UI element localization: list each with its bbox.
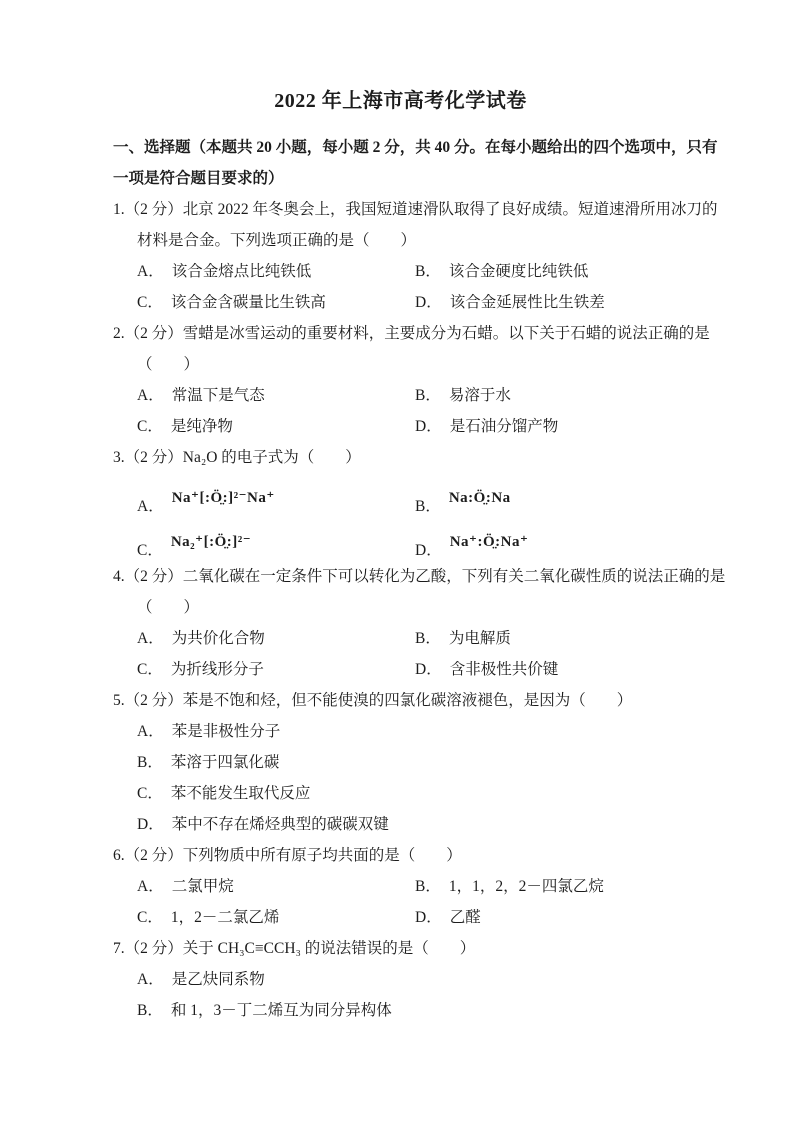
question-6-option-d: D．乙醛: [415, 902, 688, 933]
question-2-option-d: D．是石油分馏产物: [415, 411, 688, 442]
question-3-option-c-formula: Na₂⁺[:Ö̤:]²⁻: [171, 532, 251, 552]
question-4-option-a: A．为共价化合物: [137, 623, 415, 654]
question-7-option-b-letter: B．: [137, 1002, 171, 1019]
question-1-option-a: A．该合金熔点比纯铁低: [137, 256, 415, 287]
question-6-stem-line-1: 6.（2 分）下列物质中所有原子均共面的是（ ）: [113, 840, 688, 871]
question-6-option-b-text: 1，1，2，2－四氯乙烷: [449, 878, 604, 895]
question-7-stem-line-1: 7.（2 分）关于 CH₃C≡CCH₃ 的说法错误的是（ ）: [113, 933, 688, 964]
question-5-option-a: A．苯是非极性分子: [137, 716, 688, 747]
question-2-option-c-letter: C．: [137, 418, 171, 435]
question-5: 5.（2 分）苯是不饱和烃，但不能使溴的四氯化碳溶液褪色，是因为（ ） A．苯是…: [113, 685, 688, 840]
question-5-option-a-letter: A．: [137, 723, 172, 740]
question-2-option-a-letter: A．: [137, 387, 172, 404]
question-2-option-c-text: 是纯净物: [171, 418, 233, 435]
question-5-option-c-text: 苯不能发生取代反应: [171, 785, 311, 802]
section-heading-line-2: 一项是符合题目要求的）: [113, 163, 688, 194]
question-4: 4.（2 分）二氧化碳在一定条件下可以转化为乙酸，下列有关二氧化碳性质的说法正确…: [113, 561, 688, 685]
question-6-option-c-letter: C．: [137, 909, 171, 926]
question-4-option-c-text: 为折线形分子: [171, 661, 264, 678]
question-4-stem-line-1: 4.（2 分）二氧化碳在一定条件下可以转化为乙酸，下列有关二氧化碳性质的说法正确…: [113, 561, 688, 592]
question-6-option-d-letter: D．: [415, 909, 450, 926]
question-5-option-b: B．苯溶于四氯化碳: [137, 747, 688, 778]
question-1-stem-line-2: 材料是合金。下列选项正确的是（ ）: [113, 225, 688, 256]
question-7-option-a-letter: A．: [137, 971, 172, 988]
section-heading-line-1: 一、选择题（本题共 20 小题，每小题 2 分，共 40 分。在每小题给出的四个…: [113, 132, 688, 163]
question-3-option-b-letter: B．: [415, 497, 449, 517]
question-7-option-b: B．和 1，3－丁二烯互为同分异构体: [137, 995, 688, 1026]
question-1-option-d-letter: D．: [415, 294, 450, 311]
question-1-options: A．该合金熔点比纯铁低 B．该合金硬度比纯铁低 C．该合金含碳量比生铁高 D．该…: [137, 256, 688, 318]
question-2-option-d-letter: D．: [415, 418, 450, 435]
question-2-option-c: C．是纯净物: [137, 411, 415, 442]
question-4-option-b-letter: B．: [415, 630, 449, 647]
question-3-option-b-formula: Na:Ö̤:Na: [449, 488, 511, 508]
question-4-option-c: C．为折线形分子: [137, 654, 415, 685]
question-6-option-a-letter: A．: [137, 878, 172, 895]
question-3-option-a: A．Na⁺[:Ö̤:]²⁻Na⁺: [137, 473, 415, 517]
question-4-option-d-letter: D．: [415, 661, 450, 678]
question-5-stem-line-1: 5.（2 分）苯是不饱和烃，但不能使溴的四氯化碳溶液褪色，是因为（ ）: [113, 685, 688, 716]
question-5-option-b-text: 苯溶于四氯化碳: [171, 754, 280, 771]
question-2: 2.（2 分）雪蜡是冰雪运动的重要材料，主要成分为石蜡。以下关于石蜡的说法正确的…: [113, 318, 688, 442]
question-1-option-d-text: 该合金延展性比生铁差: [450, 294, 605, 311]
question-7-option-a: A．是乙炔同系物: [137, 964, 688, 995]
question-6: 6.（2 分）下列物质中所有原子均共面的是（ ） A．二氯甲烷 B．1，1，2，…: [113, 840, 688, 933]
question-3: 3.（2 分）Na₂O 的电子式为（ ） A．Na⁺[:Ö̤:]²⁻Na⁺ B…: [113, 442, 688, 561]
question-2-option-a: A．常温下是气态: [137, 380, 415, 411]
question-2-option-b-letter: B．: [415, 387, 449, 404]
question-6-option-a-text: 二氯甲烷: [172, 878, 234, 895]
question-4-option-a-text: 为共价化合物: [172, 630, 265, 647]
question-2-option-b-text: 易溶于水: [449, 387, 511, 404]
question-6-option-b: B．1，1，2，2－四氯乙烷: [415, 871, 688, 902]
exam-paper-page: 2022 年上海市高考化学试卷 一、选择题（本题共 20 小题，每小题 2 分，…: [0, 0, 793, 1122]
section-heading: 一、选择题（本题共 20 小题，每小题 2 分，共 40 分。在每小题给出的四个…: [113, 132, 688, 194]
question-4-option-b-text: 为电解质: [449, 630, 511, 647]
question-6-options: A．二氯甲烷 B．1，1，2，2－四氯乙烷 C．1，2－二氯乙烯 D．乙醛: [137, 871, 688, 933]
question-5-option-c-letter: C．: [137, 785, 171, 802]
question-7-option-b-text: 和 1，3－丁二烯互为同分异构体: [171, 1002, 392, 1019]
question-7-option-a-text: 是乙炔同系物: [172, 971, 265, 988]
question-5-options: A．苯是非极性分子 B．苯溶于四氯化碳 C．苯不能发生取代反应 D．苯中不存在烯…: [137, 716, 688, 840]
question-2-stem-line-1: 2.（2 分）雪蜡是冰雪运动的重要材料，主要成分为石蜡。以下关于石蜡的说法正确的…: [113, 318, 688, 349]
question-6-option-a: A．二氯甲烷: [137, 871, 415, 902]
question-1-stem-line-1: 1.（2 分）北京 2022 年冬奥会上，我国短道速滑队取得了良好成绩。短道速滑…: [113, 194, 688, 225]
question-1-option-c-letter: C．: [137, 294, 171, 311]
question-7: 7.（2 分）关于 CH₃C≡CCH₃ 的说法错误的是（ ） A．是乙炔同系物 …: [113, 933, 688, 1026]
question-3-option-a-letter: A．: [137, 497, 172, 517]
question-1-option-b: B．该合金硬度比纯铁低: [415, 256, 688, 287]
question-5-option-d-letter: D．: [137, 816, 172, 833]
question-4-option-c-letter: C．: [137, 661, 171, 678]
question-1-option-b-text: 该合金硬度比纯铁低: [449, 263, 589, 280]
question-1-option-c-text: 该合金含碳量比生铁高: [171, 294, 326, 311]
question-2-stem-line-2: （ ）: [113, 349, 688, 380]
question-1-option-a-letter: A．: [137, 263, 172, 280]
question-5-option-d-text: 苯中不存在烯烃典型的碳碳双键: [172, 816, 389, 833]
question-5-option-b-letter: B．: [137, 754, 171, 771]
question-3-option-c: C．Na₂⁺[:Ö̤:]²⁻: [137, 517, 415, 561]
question-4-option-b: B．为电解质: [415, 623, 688, 654]
question-2-option-a-text: 常温下是气态: [172, 387, 265, 404]
question-1-option-a-text: 该合金熔点比纯铁低: [172, 263, 312, 280]
question-1-option-b-letter: B．: [415, 263, 449, 280]
question-5-option-a-text: 苯是非极性分子: [172, 723, 281, 740]
question-2-option-d-text: 是石油分馏产物: [450, 418, 559, 435]
question-6-option-c-text: 1，2－二氯乙烯: [171, 909, 280, 926]
question-2-options: A．常温下是气态 B．易溶于水 C．是纯净物 D．是石油分馏产物: [137, 380, 688, 442]
question-2-option-b: B．易溶于水: [415, 380, 688, 411]
question-3-option-d: D．Na⁺:Ö̤:Na⁺: [415, 517, 688, 561]
question-6-option-d-text: 乙醛: [450, 909, 481, 926]
question-1: 1.（2 分）北京 2022 年冬奥会上，我国短道速滑队取得了良好成绩。短道速滑…: [113, 194, 688, 318]
question-6-option-c: C．1，2－二氯乙烯: [137, 902, 415, 933]
question-3-option-c-letter: C．: [137, 541, 171, 561]
question-3-option-b: B．Na:Ö̤:Na: [415, 473, 688, 517]
question-7-options: A．是乙炔同系物 B．和 1，3－丁二烯互为同分异构体: [137, 964, 688, 1026]
page-title: 2022 年上海市高考化学试卷: [113, 88, 688, 114]
question-5-option-d: D．苯中不存在烯烃典型的碳碳双键: [137, 809, 688, 840]
question-3-option-d-formula: Na⁺:Ö̤:Na⁺: [450, 532, 529, 552]
question-3-stem-line-1: 3.（2 分）Na₂O 的电子式为（ ）: [113, 442, 688, 473]
question-6-option-b-letter: B．: [415, 878, 449, 895]
question-3-option-d-letter: D．: [415, 541, 450, 561]
question-4-options: A．为共价化合物 B．为电解质 C．为折线形分子 D．含非极性共价键: [137, 623, 688, 685]
question-4-stem-line-2: （ ）: [113, 592, 688, 623]
question-5-option-c: C．苯不能发生取代反应: [137, 778, 688, 809]
question-1-option-c: C．该合金含碳量比生铁高: [137, 287, 415, 318]
question-3-option-a-formula: Na⁺[:Ö̤:]²⁻Na⁺: [172, 488, 275, 508]
question-4-option-a-letter: A．: [137, 630, 172, 647]
question-3-options: A．Na⁺[:Ö̤:]²⁻Na⁺ B．Na:Ö̤:Na C．Na₂⁺[:Ö…: [137, 473, 688, 561]
question-1-option-d: D．该合金延展性比生铁差: [415, 287, 688, 318]
question-4-option-d: D．含非极性共价键: [415, 654, 688, 685]
question-4-option-d-text: 含非极性共价键: [450, 661, 559, 678]
